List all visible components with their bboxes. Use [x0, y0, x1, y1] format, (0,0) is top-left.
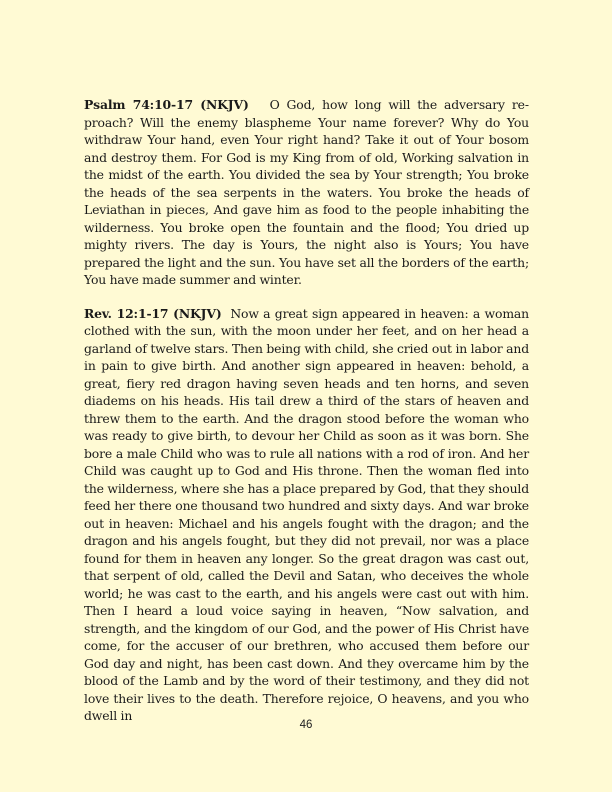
page-number: 46 — [0, 719, 612, 731]
passage-psalm-74: Psalm 74:10-17 (NKJV) O God, how long wi… — [84, 96, 529, 289]
scripture-reference: Rev. 12:1-17 (NKJV) — [84, 306, 222, 321]
page-body: Psalm 74:10-17 (NKJV) O God, how long wi… — [84, 96, 529, 725]
scripture-text: O God, how long will the adversary re­pr… — [84, 97, 529, 287]
scripture-reference: Psalm 74:10-17 (NKJV) — [84, 97, 249, 112]
scripture-text: Now a great sign appeared in heaven: a w… — [84, 306, 529, 724]
passage-revelation-12: Rev. 12:1-17 (NKJV) Now a great sign app… — [84, 305, 529, 725]
